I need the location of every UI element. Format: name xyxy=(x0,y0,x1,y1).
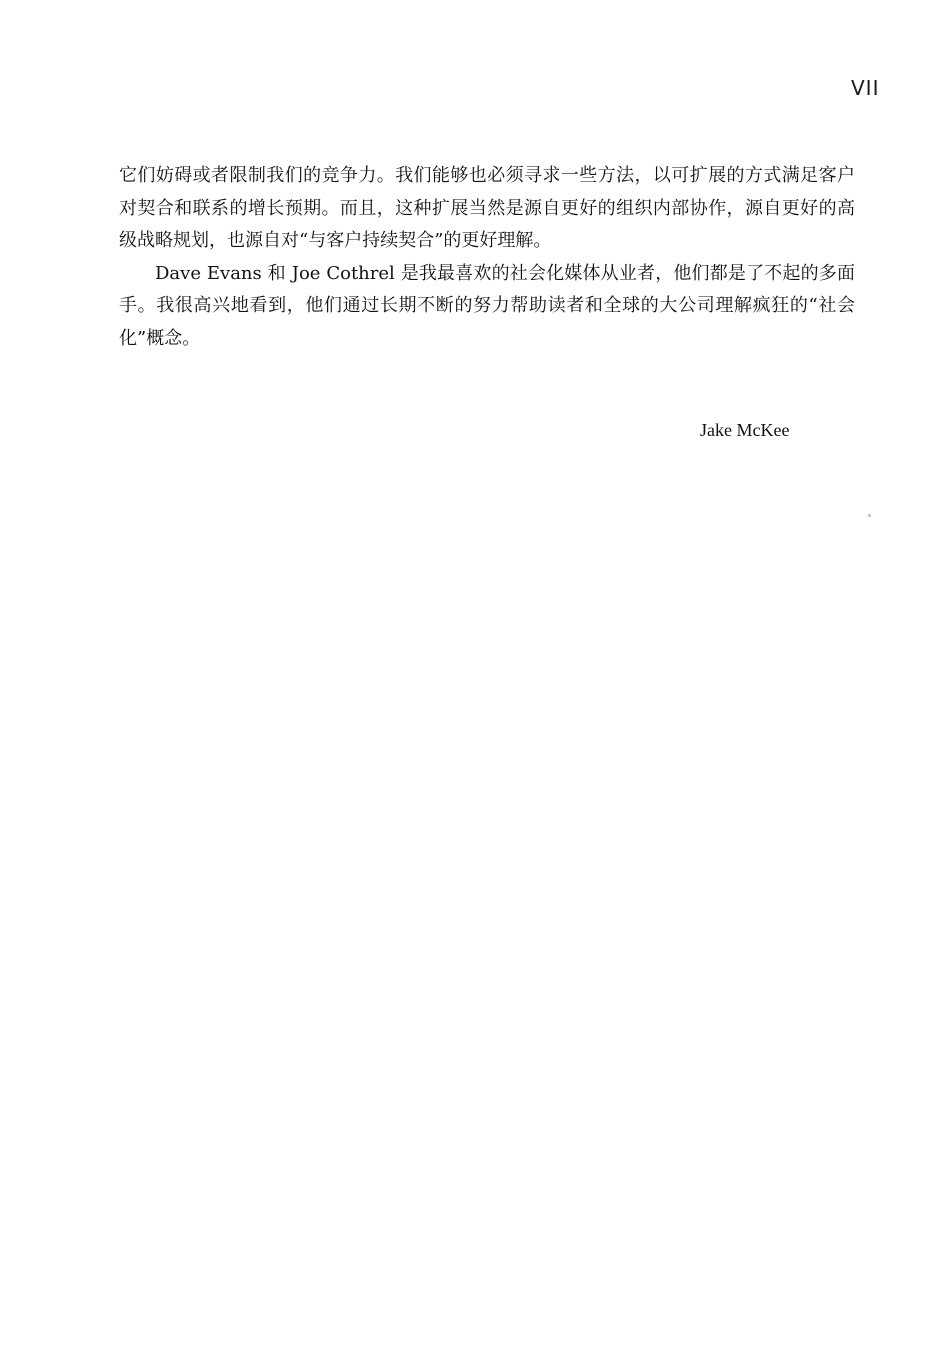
scan-artifact xyxy=(868,514,871,517)
body-text: 它们妨碍或者限制我们的竞争力。我们能够也必须寻求一些方法，以可扩展的方式满足客户… xyxy=(119,160,855,355)
signature: Jake McKee xyxy=(700,420,789,441)
page-number: VII xyxy=(851,76,879,100)
paragraph-authors: Dave Evans 和 Joe Cothrel 是我最喜欢的社会化媒体从业者，… xyxy=(119,258,855,356)
paragraph-continuation: 它们妨碍或者限制我们的竞争力。我们能够也必须寻求一些方法，以可扩展的方式满足客户… xyxy=(119,160,855,258)
